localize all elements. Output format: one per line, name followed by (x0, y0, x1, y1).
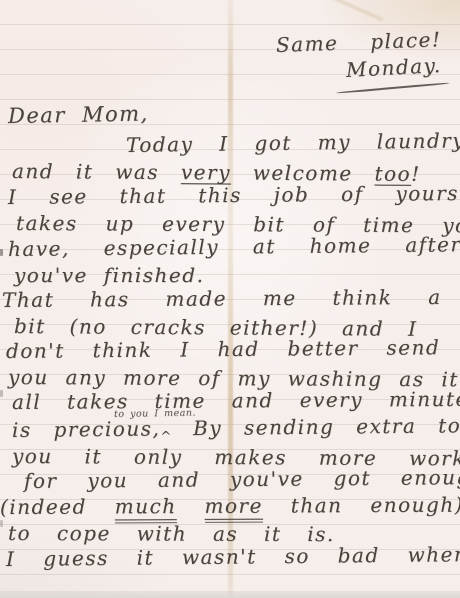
body-line-11: all takes time and every minute (12, 387, 460, 414)
line-segment: That has made me think a (2, 285, 442, 312)
line-segment: than enough) (263, 493, 460, 518)
body-line-15: (indeed much more than enough) (0, 493, 460, 519)
body-line-17: I guess it wasn't so bad when (6, 542, 460, 571)
body-line-03: I see that this job of yours (8, 181, 459, 209)
line-segment: you've finished. (14, 263, 204, 287)
body-line-06: you've finished. (14, 263, 204, 287)
line-segment: Today I got my laundry (126, 128, 460, 157)
line-segment (177, 494, 205, 518)
body-line-16: to cope with as it is. (8, 521, 335, 546)
paper-bottom-edge (0, 591, 460, 598)
dateline-underline-flourish (336, 82, 450, 94)
body-line-09: don't think I had better send (6, 335, 440, 363)
line-segment: to cope with as it is. (8, 521, 335, 546)
double-underlined-word: much (115, 494, 177, 523)
letter-page: Same place! Monday. Dear Mom, Today I go… (0, 0, 460, 598)
dateline-place: Same place! (276, 27, 442, 57)
body-line-05: have, especially at home after (8, 232, 460, 261)
underlined-word: very (181, 160, 231, 184)
dateline-day: Monday. (345, 53, 442, 82)
line-segment: By sending extra to (171, 413, 460, 440)
insertion-caret: ^ (160, 429, 171, 444)
salutation: Dear Mom, (8, 102, 149, 128)
body-line-14: for you and you've got enough (24, 465, 460, 493)
line-segment: I see that this job of yours (8, 181, 459, 209)
body-line-12: is precious,^ By sending extra to (12, 413, 460, 446)
line-segment: I guess it wasn't so bad when (6, 542, 460, 571)
double-underlined-word: more (204, 494, 263, 523)
line-segment: (indeed (0, 494, 115, 519)
line-segment: don't think I had better send (6, 335, 440, 363)
paper-edge-mark (0, 390, 3, 397)
line-segment: is precious, (12, 416, 161, 442)
fold-crease-top (273, 0, 384, 21)
line-segment: all takes time and every minute (12, 387, 460, 414)
paper-edge-mark (0, 520, 3, 527)
line-segment: have, especially at home after (8, 232, 460, 261)
paper-edge-mark (0, 249, 3, 256)
body-line-01: Today I got my laundry (126, 128, 460, 157)
line-segment: for you and you've got enough (24, 465, 460, 493)
line-segment: and it was (12, 159, 181, 184)
body-line-07: That has made me think a (2, 285, 442, 312)
